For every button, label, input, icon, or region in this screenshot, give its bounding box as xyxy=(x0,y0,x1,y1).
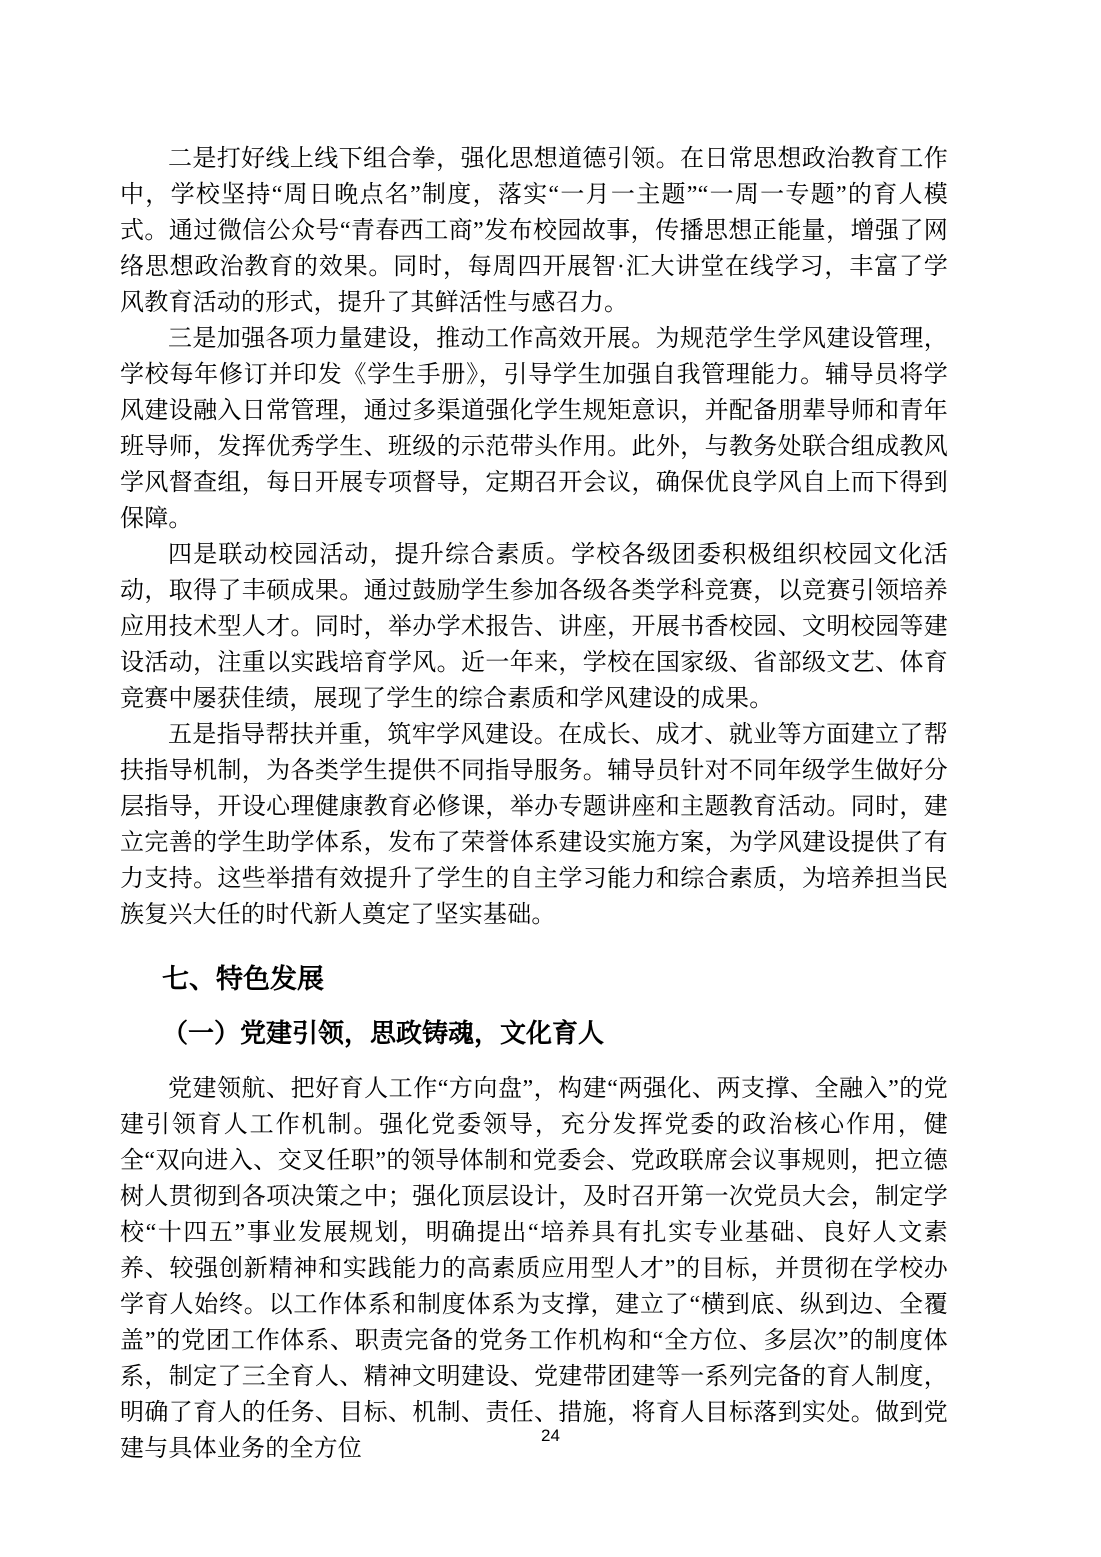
page-number: 24 xyxy=(541,1426,560,1445)
paragraph-5: 党建领航、把好育人工作“方向盘”，构建“两强化、两支撑、全融入”的党建引领育人工… xyxy=(120,1071,948,1467)
section-heading: 七、特色发展 xyxy=(120,959,948,999)
subsection-heading: （一）党建引领，思政铸魂，文化育人 xyxy=(120,1013,948,1053)
paragraph-3: 四是联动校园活动，提升综合素质。学校各级团委积极组织校园文化活动，取得了丰硕成果… xyxy=(120,537,948,717)
paragraph-1: 二是打好线上线下组合拳，强化思想道德引领。在日常思想政治教育工作中，学校坚持“周… xyxy=(120,141,948,321)
page-footer: 24 xyxy=(0,1426,1101,1446)
paragraph-4: 五是指导帮扶并重，筑牢学风建设。在成长、成才、就业等方面建立了帮扶指导机制，为各… xyxy=(120,717,948,933)
document-page: 二是打好线上线下组合拳，强化思想道德引领。在日常思想政治教育工作中，学校坚持“周… xyxy=(0,0,1101,1557)
paragraph-2: 三是加强各项力量建设，推动工作高效开展。为规范学生学风建设管理，学校每年修订并印… xyxy=(120,321,948,537)
document-body: 二是打好线上线下组合拳，强化思想道德引领。在日常思想政治教育工作中，学校坚持“周… xyxy=(120,141,948,1467)
